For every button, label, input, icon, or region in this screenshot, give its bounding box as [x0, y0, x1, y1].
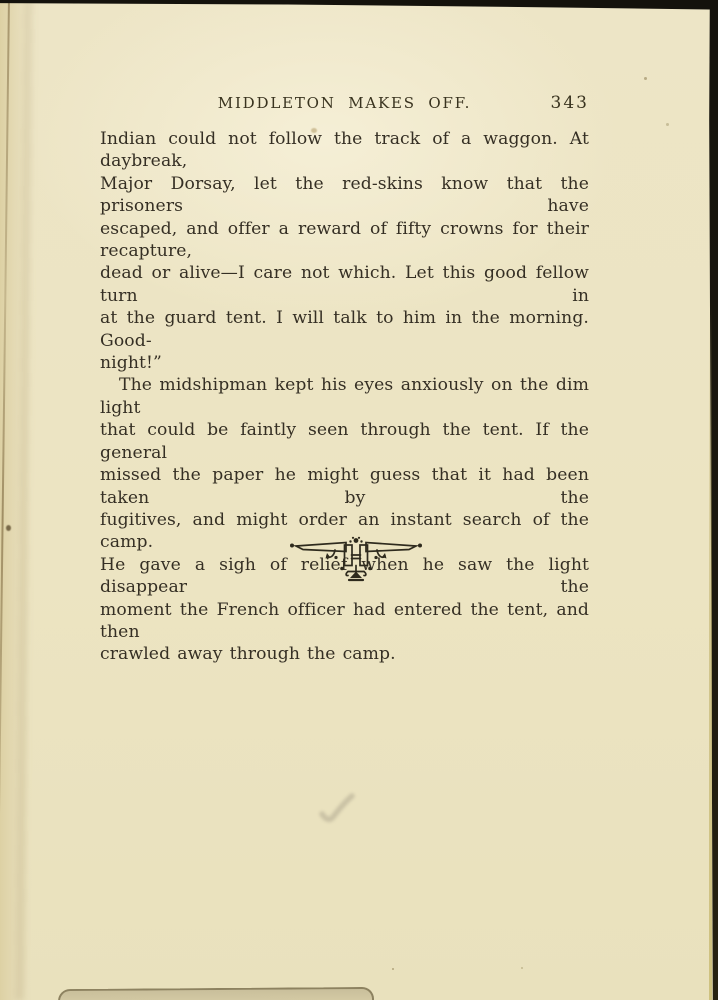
pencil-smudge-mark — [316, 788, 364, 830]
crease-dark-spot — [6, 525, 11, 531]
text-line: moment the French officer had entered th… — [100, 599, 589, 644]
text-line: night!” — [100, 352, 589, 374]
paper-speck — [666, 123, 669, 126]
running-title: MIDDLETON MAKES OFF. — [100, 94, 589, 112]
text-line: The midshipman kept his eyes anxiously o… — [100, 374, 589, 419]
scan-top-dark-edge — [0, 0, 718, 12]
paper-speck — [392, 968, 394, 970]
underlying-page-edge — [58, 987, 374, 1000]
paper-speck — [521, 967, 523, 969]
tailpiece-ornament-drawing — [287, 536, 425, 582]
text-line: that could be faintly seen through the t… — [100, 419, 589, 464]
text-line: at the guard tent. I will talk to him in… — [100, 307, 589, 352]
text-line: dead or alive—I care not which. Let this… — [100, 262, 589, 307]
page-header: MIDDLETON MAKES OFF. 343 — [100, 94, 589, 114]
text-line: Indian could not follow the track of a w… — [100, 128, 589, 173]
text-line: escaped, and offer a reward of fifty cro… — [100, 218, 589, 263]
text-line: Major Dorsay, let the red-skins know tha… — [100, 173, 589, 218]
body-text: Indian could not follow the track of a w… — [100, 128, 589, 666]
page-edge-highlight — [709, 300, 712, 1000]
text-line: crawled away through the camp. — [100, 643, 589, 665]
tailpiece-ornament — [287, 536, 425, 582]
page-number: 343 — [551, 93, 589, 113]
paper-speck — [644, 77, 647, 80]
text-line: missed the paper he might guess that it … — [100, 464, 589, 509]
scanned-book-page: MIDDLETON MAKES OFF. 343 Indian could no… — [0, 0, 718, 1000]
